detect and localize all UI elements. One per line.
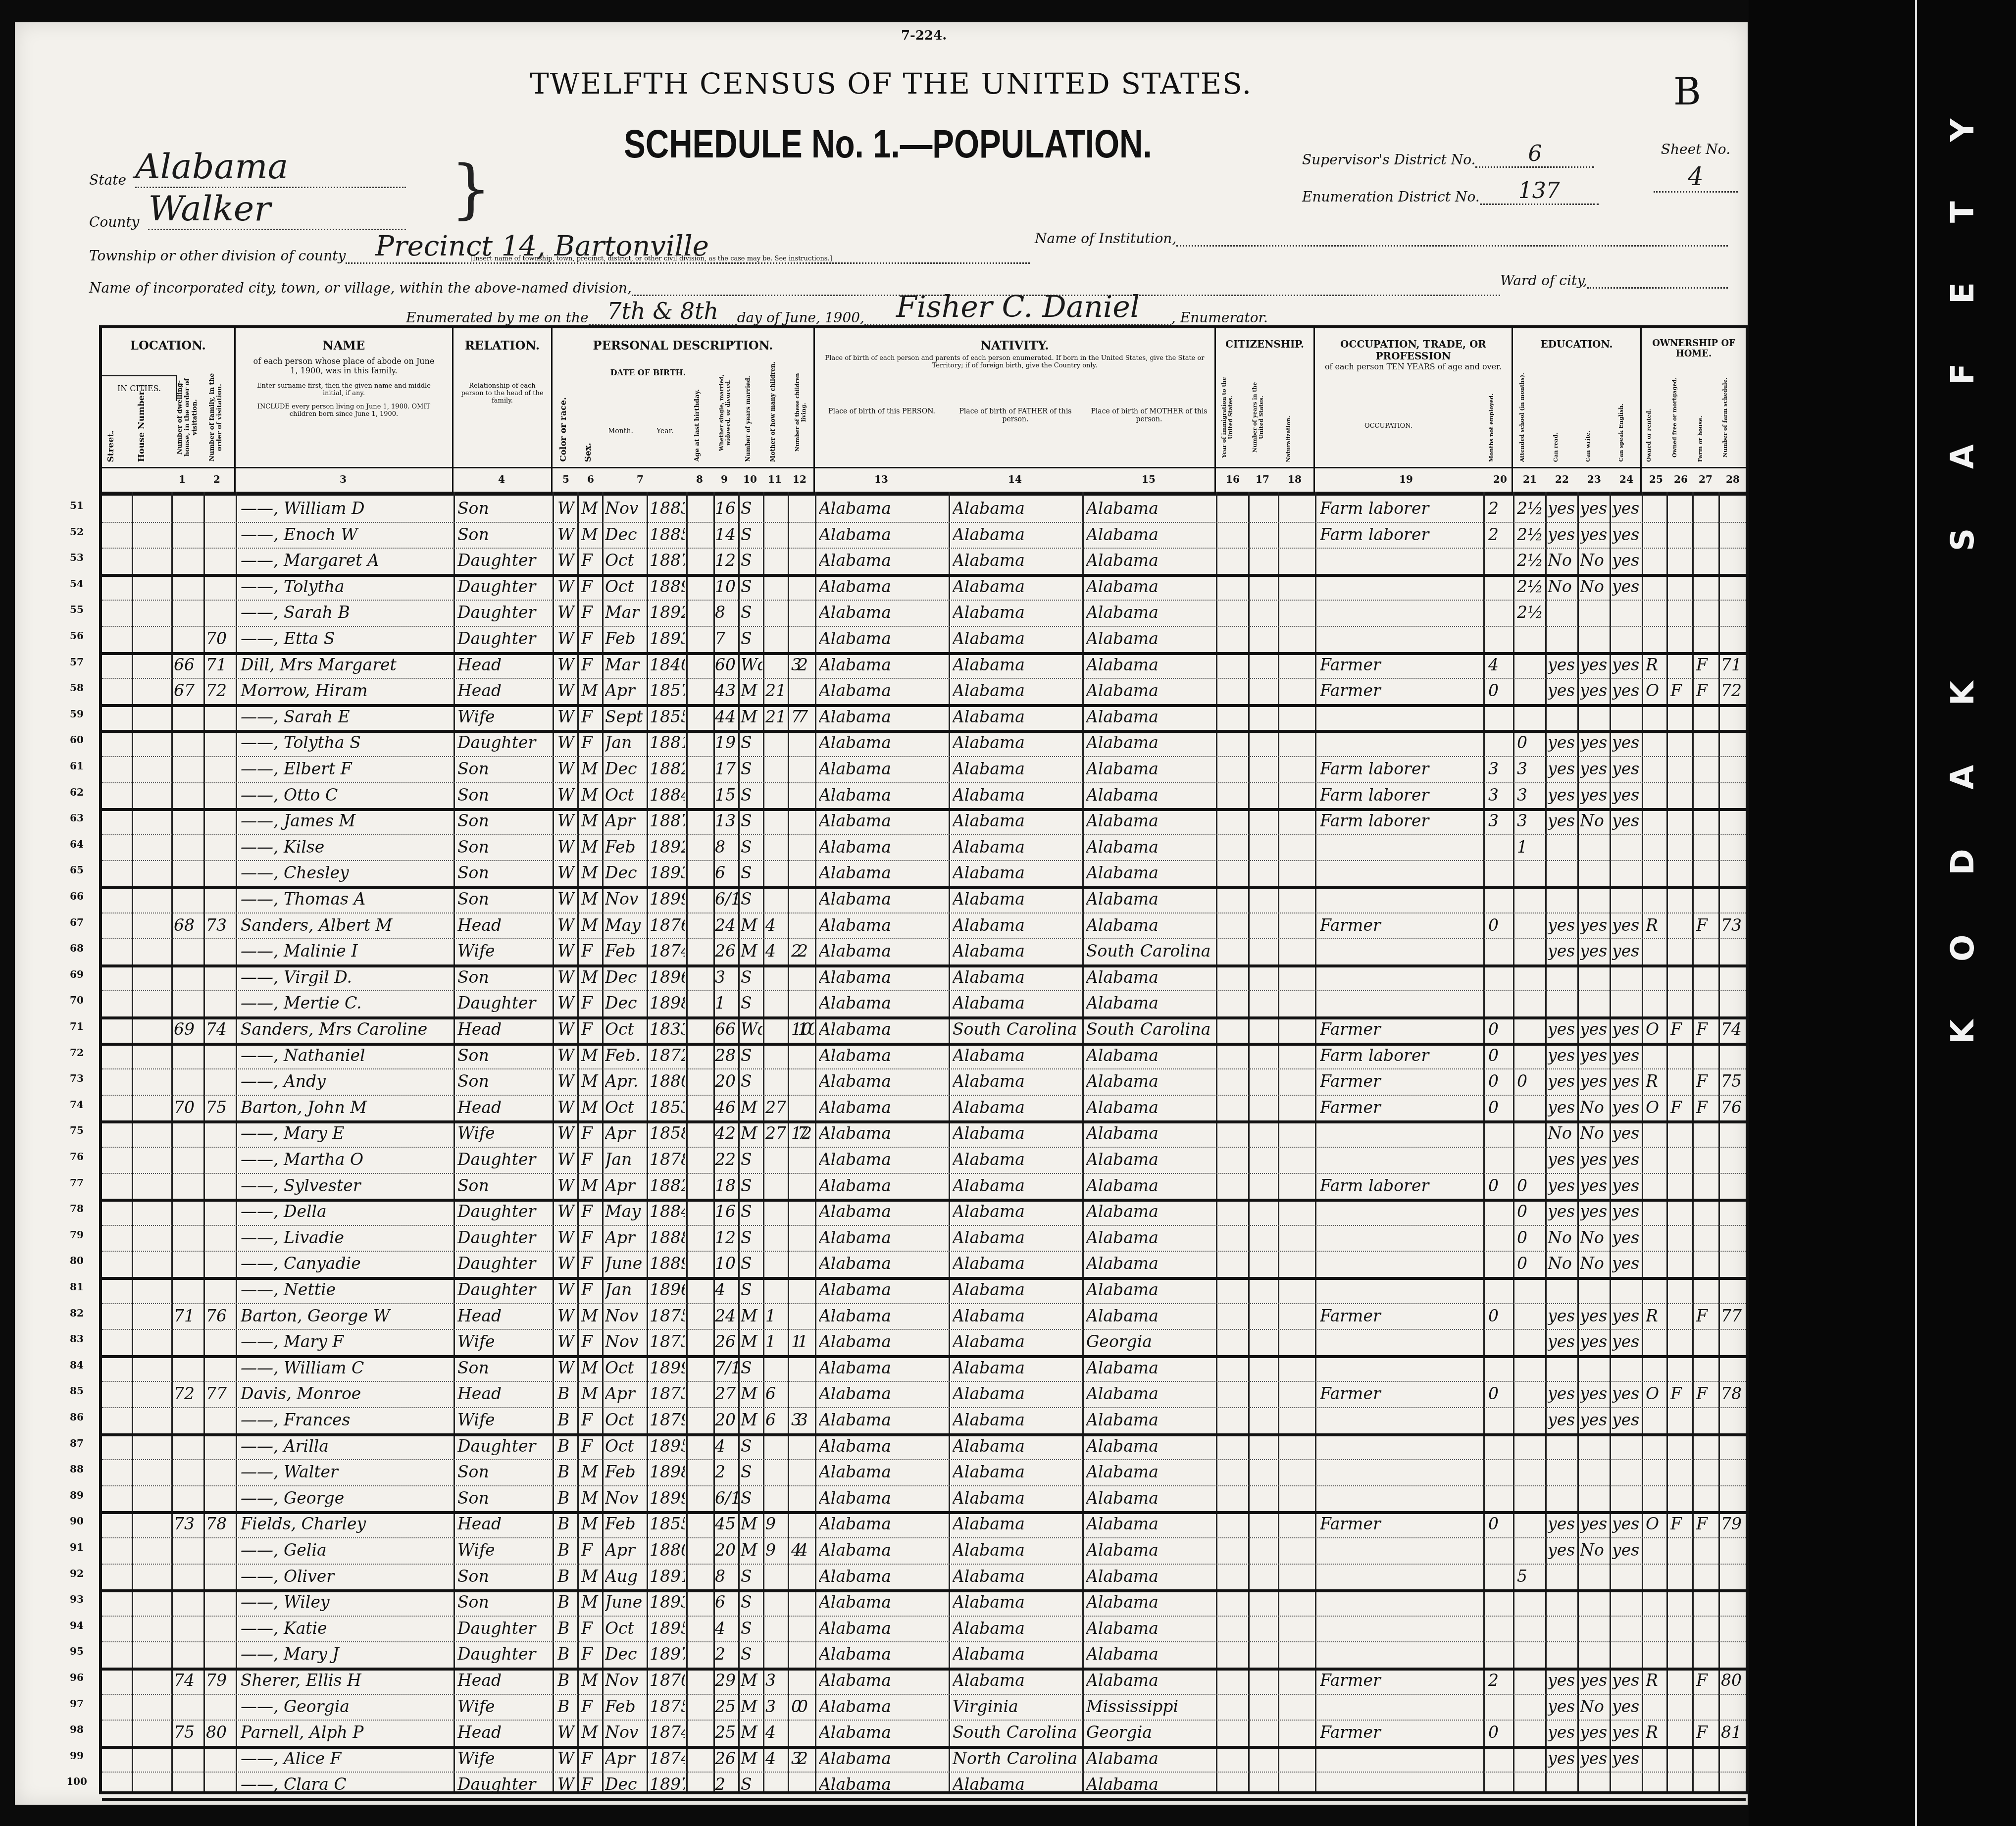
enumerator-label: , Enumerator.	[1171, 309, 1268, 326]
age: 26	[715, 1747, 738, 1771]
birth-month: Nov	[605, 1330, 645, 1354]
table-row: ——, Wiley Son B M June 1893 6 S Alabama …	[102, 1589, 1746, 1617]
line-number: 83	[64, 1333, 89, 1345]
months-unemployed: 3	[1488, 783, 1511, 807]
family-number	[206, 705, 233, 729]
farm-house	[1696, 1695, 1716, 1719]
owned-rented	[1646, 523, 1665, 547]
person-name: ——, Etta S	[241, 627, 451, 651]
dwelling-number	[174, 1174, 201, 1198]
color: W	[557, 783, 575, 807]
farm-schedule-number	[1721, 1121, 1745, 1145]
person-name: ——, Georgia	[241, 1695, 451, 1719]
attended-school	[1517, 1096, 1544, 1119]
birthplace-father: Alabama	[953, 523, 1080, 547]
months-unemployed	[1488, 939, 1511, 963]
marital-status: S	[741, 523, 762, 547]
person-name: ——, Mary J	[241, 1642, 451, 1666]
years-married	[765, 835, 787, 859]
dwelling-number	[174, 1330, 201, 1354]
farm-house	[1696, 1200, 1716, 1223]
years-married	[765, 1226, 787, 1250]
birth-month: Oct	[605, 549, 645, 572]
marital-status: M	[741, 1747, 762, 1771]
relation: Son	[457, 1044, 549, 1067]
color: W	[557, 1017, 575, 1041]
table-row: ——, Frances Wife B F Oct 1879 20 M 6 3 3…	[102, 1407, 1746, 1436]
color: B	[557, 1486, 575, 1510]
farm-schedule-number: 78	[1721, 1382, 1745, 1406]
attended-school	[1517, 1617, 1544, 1640]
birthplace-father: Alabama	[953, 887, 1080, 911]
person-name: ——, Canyadie	[241, 1252, 451, 1275]
age: 14	[715, 523, 738, 547]
years-married: 4	[765, 913, 787, 937]
birthplace-person: Alabama	[819, 1512, 947, 1536]
color: W	[557, 705, 575, 729]
years-married: 21	[765, 705, 787, 729]
occupation	[1320, 939, 1481, 963]
township-label: Township or other division of county	[89, 248, 346, 264]
family-number	[206, 1590, 233, 1614]
years-married	[765, 1174, 787, 1198]
can-write: yes	[1580, 1044, 1609, 1067]
birthplace-person: Alabama	[819, 809, 947, 833]
relation: Son	[457, 783, 549, 807]
farm-house	[1696, 575, 1716, 599]
family-number: 78	[206, 1512, 233, 1536]
color: W	[557, 1252, 575, 1275]
state-value: Alabama	[135, 146, 406, 188]
birth-month: Oct	[605, 1356, 645, 1380]
color: B	[557, 1695, 575, 1719]
occupation	[1320, 1590, 1481, 1614]
color: W	[557, 523, 575, 547]
dwelling-number	[174, 1460, 201, 1484]
occupation: Farmer	[1320, 1512, 1481, 1536]
attended-school: 2½	[1517, 601, 1544, 624]
family-number	[206, 1538, 233, 1562]
person-name: ——, Mary E	[241, 1121, 451, 1145]
free-mortgaged: F	[1670, 1382, 1690, 1406]
marital-status: S	[741, 1044, 762, 1067]
birthplace-father: Alabama	[953, 1434, 1080, 1458]
sex: M	[581, 1590, 599, 1614]
can-speak-english	[1612, 991, 1641, 1015]
marital-status: M	[741, 1330, 762, 1354]
family-number	[206, 1773, 233, 1796]
years-married	[765, 549, 787, 572]
owned-rented	[1646, 809, 1665, 833]
age: 10	[715, 575, 738, 599]
age: 16	[715, 1200, 738, 1223]
farm-schedule-number	[1721, 1200, 1745, 1223]
birthplace-father: Alabama	[953, 1642, 1080, 1666]
owned-rented	[1646, 601, 1665, 624]
person-name: ——, Tolytha S	[241, 731, 451, 755]
children-living	[798, 731, 814, 755]
birth-year: 1881	[650, 731, 685, 755]
birthplace-father: Alabama	[953, 1096, 1080, 1119]
free-mortgaged	[1670, 601, 1690, 624]
table-row: ——, Sarah B Daughter W F Mar 1892 8 S Al…	[102, 600, 1746, 627]
family-number: 73	[206, 913, 233, 937]
owned-rented: R	[1646, 1669, 1665, 1692]
enumeration-district-field: Enumeration District No. 137	[1302, 178, 1599, 205]
table-row: 71 76 Barton, George W Head W M Nov 1875…	[102, 1303, 1746, 1330]
birthplace-father: Alabama	[953, 1512, 1080, 1536]
can-speak-english: yes	[1612, 1408, 1641, 1432]
family-number	[206, 1330, 233, 1354]
family-number: 70	[206, 627, 233, 651]
months-unemployed: 3	[1488, 809, 1511, 833]
birth-year: 1898	[650, 1460, 685, 1484]
occupation: Farm laborer	[1320, 783, 1481, 807]
color: W	[557, 653, 575, 677]
birthplace-person: Alabama	[819, 731, 947, 755]
birthplace-father: Alabama	[953, 1278, 1080, 1302]
marital-status: S	[741, 1148, 762, 1171]
line-number: 72	[64, 1047, 89, 1059]
farm-schedule-number	[1721, 965, 1745, 989]
owned-rented	[1646, 549, 1665, 572]
occupation: Farmer	[1320, 653, 1481, 677]
months-unemployed	[1488, 1773, 1511, 1796]
birth-year: 1858	[650, 1121, 685, 1145]
free-mortgaged	[1670, 965, 1690, 989]
can-speak-english: yes	[1612, 1017, 1641, 1041]
family-number	[206, 1695, 233, 1719]
can-read	[1548, 1486, 1576, 1510]
dwelling-number	[174, 1565, 201, 1588]
farm-house	[1696, 939, 1716, 963]
months-unemployed	[1488, 1330, 1511, 1354]
dwelling-number	[174, 1773, 201, 1796]
sex: M	[581, 523, 599, 547]
can-write: yes	[1580, 1200, 1609, 1223]
table-row: ——, Sylvester Son W M Apr 1882 18 S Alab…	[102, 1173, 1746, 1202]
birthplace-father: Alabama	[953, 575, 1080, 599]
can-speak-english: yes	[1612, 653, 1641, 677]
brace: }	[451, 151, 492, 226]
occupation	[1320, 627, 1481, 651]
can-speak-english: yes	[1612, 1330, 1641, 1354]
occupation	[1320, 731, 1481, 755]
occupation	[1320, 1565, 1481, 1588]
relation: Son	[457, 523, 549, 547]
children-living	[798, 991, 814, 1015]
dwelling-number	[174, 809, 201, 833]
census-sheet: 7-224. TWELFTH CENSUS OF THE UNITED STAT…	[15, 22, 1748, 1805]
family-number	[206, 1747, 233, 1771]
birthplace-person: Alabama	[819, 1226, 947, 1250]
can-speak-english: yes	[1612, 1044, 1641, 1067]
free-mortgaged	[1670, 1695, 1690, 1719]
birth-month: Apr	[605, 809, 645, 833]
free-mortgaged	[1670, 1044, 1690, 1067]
children-living	[798, 1148, 814, 1171]
can-speak-english: yes	[1612, 1721, 1641, 1744]
children-living	[798, 1044, 814, 1067]
children-living	[798, 835, 814, 859]
birthplace-father: Alabama	[953, 549, 1080, 572]
birthplace-father: Alabama	[953, 705, 1080, 729]
color: B	[557, 1408, 575, 1432]
birthplace-father: Alabama	[953, 1460, 1080, 1484]
children-living	[798, 1174, 814, 1198]
birthplace-father: North Carolina	[953, 1747, 1080, 1771]
birth-month: Nov	[605, 1721, 645, 1744]
can-write: yes	[1580, 939, 1609, 963]
enumerated-label: Enumerated by me on the	[406, 309, 589, 326]
farm-house	[1696, 1642, 1716, 1666]
months-unemployed: 0	[1488, 1069, 1511, 1093]
owned-rented	[1646, 575, 1665, 599]
can-write	[1580, 627, 1609, 651]
farm-schedule-number: 71	[1721, 653, 1745, 677]
age: 13	[715, 809, 738, 833]
marital-status: S	[741, 1486, 762, 1510]
line-number: 74	[64, 1099, 89, 1111]
can-speak-english: yes	[1612, 1304, 1641, 1328]
birth-year: 1872	[650, 1044, 685, 1067]
years-married	[765, 1460, 787, 1484]
age: 42	[715, 1121, 738, 1145]
marital-status: S	[741, 861, 762, 885]
years-married: 4	[765, 1721, 787, 1744]
birth-month: Dec	[605, 861, 645, 885]
months-unemployed	[1488, 1356, 1511, 1380]
free-mortgaged	[1670, 887, 1690, 911]
years-married	[765, 731, 787, 755]
family-number	[206, 523, 233, 547]
family-number	[206, 1069, 233, 1093]
relation: Head	[457, 653, 549, 677]
attended-school	[1517, 1017, 1544, 1041]
free-mortgaged	[1670, 1148, 1690, 1171]
farm-schedule-number: 75	[1721, 1069, 1745, 1093]
family-number	[206, 991, 233, 1015]
birth-year: 1899	[650, 1356, 685, 1380]
free-mortgaged	[1670, 1747, 1690, 1771]
attended-school	[1517, 653, 1544, 677]
attended-school	[1517, 1121, 1544, 1145]
birthplace-mother: Alabama	[1086, 1252, 1214, 1275]
birthplace-person: Alabama	[819, 1773, 947, 1796]
age: 3	[715, 965, 738, 989]
attended-school	[1517, 887, 1544, 911]
table-row: ——, Mary J Daughter B F Dec 1897 2 S Ala…	[102, 1641, 1746, 1671]
occupation	[1320, 1408, 1481, 1432]
birthplace-person: Alabama	[819, 1121, 947, 1145]
attended-school	[1517, 1304, 1544, 1328]
occupation: Farmer	[1320, 1017, 1481, 1041]
months-unemployed: 2	[1488, 497, 1511, 520]
marital-status: S	[741, 1590, 762, 1614]
birth-month: Apr	[605, 1382, 645, 1406]
can-speak-english: yes	[1612, 1695, 1641, 1719]
person-name: ——, Mary F	[241, 1330, 451, 1354]
children-living	[798, 497, 814, 520]
birth-month: Feb	[605, 627, 645, 651]
table-row: ——, Nettie Daughter W F Jan 1896 4 S Ala…	[102, 1277, 1746, 1304]
dwelling-number	[174, 939, 201, 963]
age: 22	[715, 1148, 738, 1171]
attended-school	[1517, 991, 1544, 1015]
marital-status: S	[741, 731, 762, 755]
farm-schedule-number: 77	[1721, 1304, 1745, 1328]
owned-rented: O	[1646, 1096, 1665, 1119]
line-number: 70	[64, 994, 89, 1006]
dwelling-number: 71	[174, 1304, 201, 1328]
children-living	[798, 679, 814, 703]
line-number: 73	[64, 1072, 89, 1084]
months-unemployed: 0	[1488, 1174, 1511, 1198]
occupation	[1320, 861, 1481, 885]
dwelling-number	[174, 965, 201, 989]
birthplace-father: South Carolina	[953, 1017, 1080, 1041]
sex: F	[581, 1330, 599, 1354]
line-number: 88	[64, 1463, 89, 1475]
farm-schedule-number	[1721, 1747, 1745, 1771]
farm-schedule-number: 81	[1721, 1721, 1745, 1744]
can-read: yes	[1548, 1017, 1576, 1041]
age: 4	[715, 1434, 738, 1458]
color: W	[557, 549, 575, 572]
family-number	[206, 783, 233, 807]
person-name: Davis, Monroe	[241, 1382, 451, 1406]
birthplace-person: Alabama	[819, 1096, 947, 1119]
can-read	[1548, 887, 1576, 911]
table-row: ——, Elbert F Son W M Dec 1882 17 S Alaba…	[102, 756, 1746, 783]
can-speak-english: yes	[1612, 575, 1641, 599]
table-row: 75 80 Parnell, Alph P Head W M Nov 1874 …	[102, 1720, 1746, 1749]
can-read: yes	[1548, 1512, 1576, 1536]
birthplace-mother: Alabama	[1086, 1590, 1214, 1614]
farm-schedule-number	[1721, 549, 1745, 572]
owned-rented	[1646, 1565, 1665, 1588]
birthplace-person: Alabama	[819, 991, 947, 1015]
dwelling-number: 66	[174, 653, 201, 677]
years-married	[765, 1434, 787, 1458]
family-number: 77	[206, 1382, 233, 1406]
color: W	[557, 835, 575, 859]
family-number	[206, 1460, 233, 1484]
birthplace-person: Alabama	[819, 913, 947, 937]
can-read: yes	[1548, 1408, 1576, 1432]
dwelling-number	[174, 601, 201, 624]
color: W	[557, 575, 575, 599]
owned-rented	[1646, 1538, 1665, 1562]
birthplace-person: Alabama	[819, 575, 947, 599]
family-number	[206, 835, 233, 859]
can-write: yes	[1580, 1408, 1609, 1432]
birthplace-person: Alabama	[819, 1434, 947, 1458]
marital-status: Wd	[741, 1017, 762, 1041]
farm-schedule-number	[1721, 731, 1745, 755]
can-read: yes	[1548, 1304, 1576, 1328]
color: W	[557, 991, 575, 1015]
children-living	[798, 1356, 814, 1380]
free-mortgaged	[1670, 1565, 1690, 1588]
farm-house: F	[1696, 1721, 1716, 1744]
owned-rented: R	[1646, 1721, 1665, 1744]
supervisor-label: Supervisor's District No.	[1302, 152, 1475, 168]
attended-school: 0	[1517, 1069, 1544, 1093]
can-speak-english	[1612, 887, 1641, 911]
owned-rented	[1646, 783, 1665, 807]
can-speak-english	[1612, 1773, 1641, 1796]
birth-month: Feb.	[605, 1044, 645, 1067]
color: W	[557, 1069, 575, 1093]
months-unemployed	[1488, 835, 1511, 859]
family-number	[206, 1486, 233, 1510]
attended-school	[1517, 1642, 1544, 1666]
months-unemployed: 0	[1488, 1512, 1511, 1536]
person-name: ——, James M	[241, 809, 451, 833]
birthplace-mother: Alabama	[1086, 1617, 1214, 1640]
birthplace-person: Alabama	[819, 1044, 947, 1067]
birth-month: Oct	[605, 575, 645, 599]
table-row: 68 73 Sanders, Albert M Head W M May 187…	[102, 913, 1746, 940]
birth-year: 1875	[650, 1695, 685, 1719]
owned-rented: R	[1646, 653, 1665, 677]
person-name: Fields, Charley	[241, 1512, 451, 1536]
color: W	[557, 1148, 575, 1171]
birthplace-mother: Alabama	[1086, 1408, 1214, 1432]
attended-school	[1517, 1044, 1544, 1067]
birthplace-person: Alabama	[819, 549, 947, 572]
attended-school	[1517, 1669, 1544, 1692]
relation: Daughter	[457, 1226, 549, 1250]
table-row: 66 71 Dill, Mrs Margaret Head W F Mar 18…	[102, 652, 1746, 679]
birthplace-mother: Alabama	[1086, 965, 1214, 989]
person-name: ——, Margaret A	[241, 549, 451, 572]
children-living	[798, 887, 814, 911]
birthplace-mother: Alabama	[1086, 809, 1214, 833]
birth-month: Aug	[605, 1565, 645, 1588]
farm-house: F	[1696, 913, 1716, 937]
birth-year: 1855	[650, 1512, 685, 1536]
farm-schedule-number	[1721, 1434, 1745, 1458]
children-living	[798, 965, 814, 989]
birthplace-person: Alabama	[819, 1617, 947, 1640]
birthplace-mother: Alabama	[1086, 497, 1214, 520]
can-write: yes	[1580, 653, 1609, 677]
months-unemployed: 0	[1488, 679, 1511, 703]
sex: M	[581, 1174, 599, 1198]
farm-schedule-number	[1721, 1226, 1745, 1250]
attended-school	[1517, 1278, 1544, 1302]
person-name: ——, Virgil D.	[241, 965, 451, 989]
years-married	[765, 1642, 787, 1666]
birthplace-father: Alabama	[953, 731, 1080, 755]
family-number: 71	[206, 653, 233, 677]
birthplace-person: Alabama	[819, 653, 947, 677]
farm-schedule-number: 72	[1721, 679, 1745, 703]
township-note: [Insert name of township, town, precinct…	[470, 255, 832, 262]
years-married	[765, 653, 787, 677]
children-living: 1	[798, 1330, 814, 1354]
color: W	[557, 887, 575, 911]
birthplace-father: Alabama	[953, 1044, 1080, 1067]
farm-house	[1696, 1278, 1716, 1302]
can-write: yes	[1580, 757, 1609, 781]
relation: Son	[457, 809, 549, 833]
line-number: 97	[64, 1698, 89, 1710]
line-number: 62	[64, 786, 89, 798]
free-mortgaged	[1670, 1121, 1690, 1145]
